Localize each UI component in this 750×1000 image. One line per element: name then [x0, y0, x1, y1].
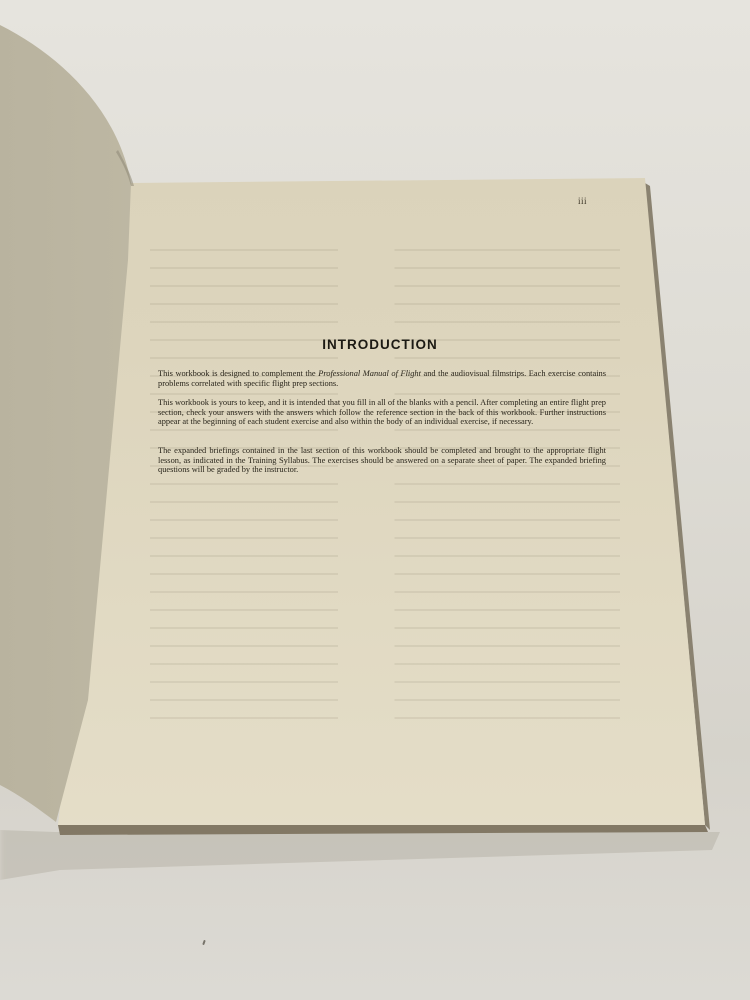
- bleed-through-texture: [150, 240, 620, 720]
- photo-scene: iii INTRODUCTION This workbook is design…: [0, 0, 750, 1000]
- page-title: INTRODUCTION: [150, 337, 610, 352]
- paragraph-3: The expanded briefings contained in the …: [158, 446, 606, 475]
- paragraph-1: This workbook is designed to complement …: [158, 369, 606, 388]
- paragraph-1-text-start: This workbook is designed to complement …: [158, 369, 318, 378]
- manual-title-italic: Professional Manual of Flight: [318, 369, 421, 378]
- paragraph-2: This workbook is yours to keep, and it i…: [158, 398, 606, 427]
- table-mark: [202, 940, 206, 945]
- page-number: iii: [578, 196, 587, 206]
